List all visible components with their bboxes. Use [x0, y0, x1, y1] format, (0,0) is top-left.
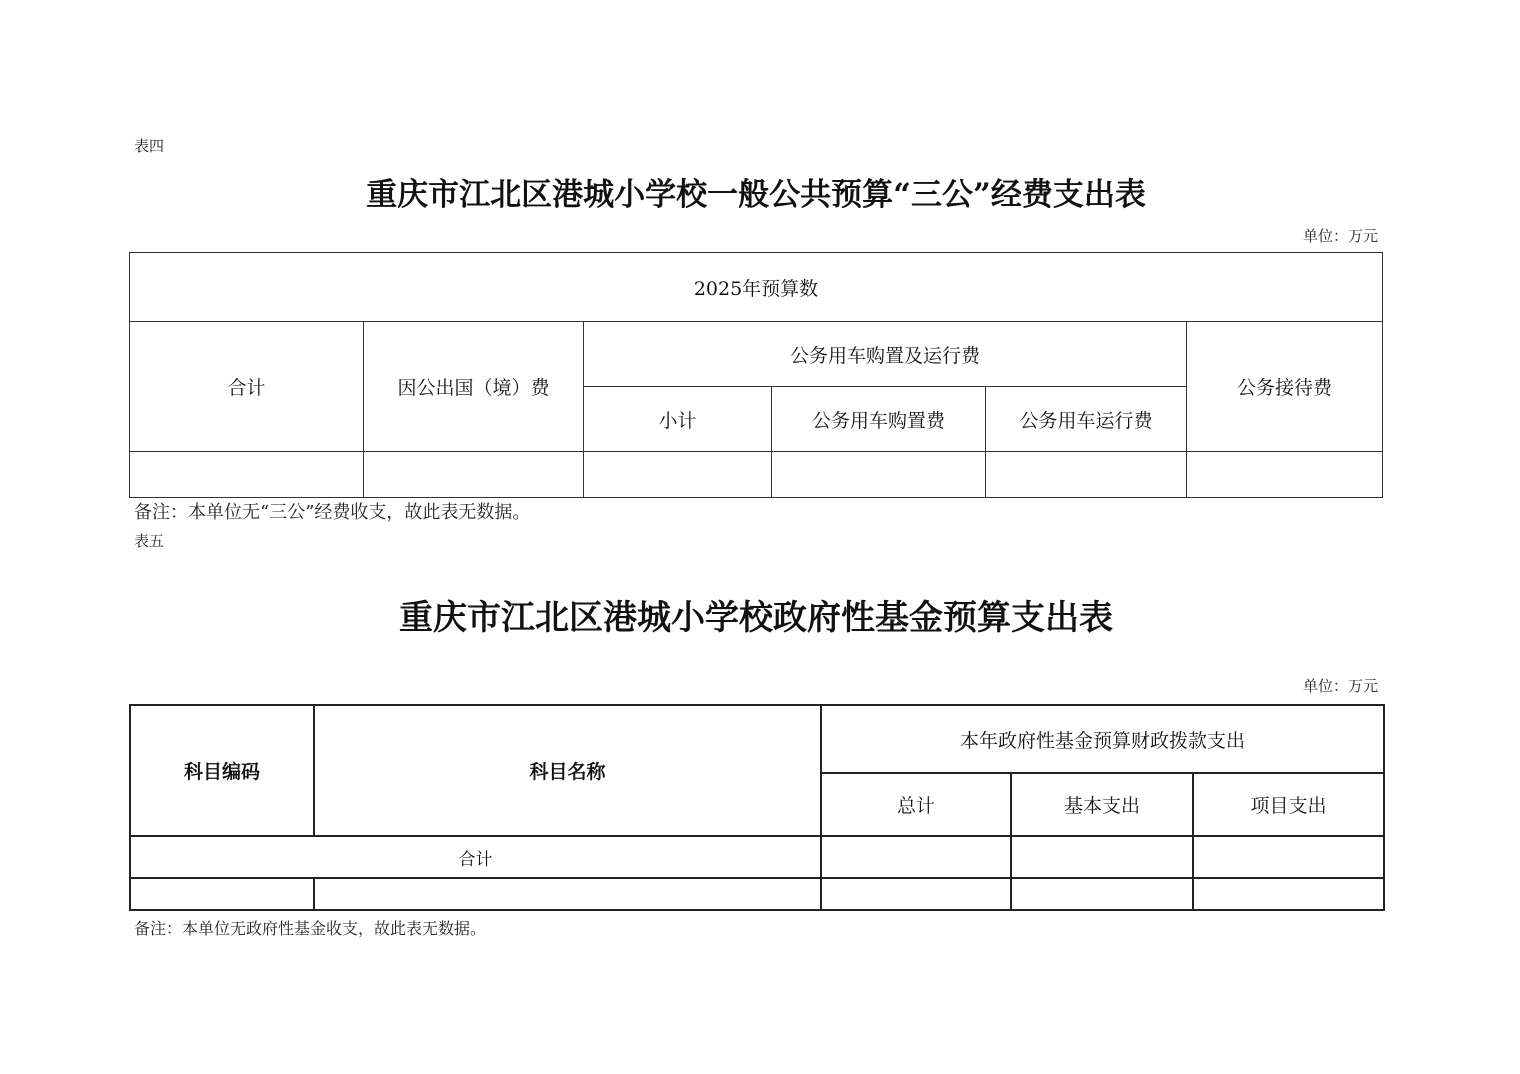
header-vehicle-purchase: 公务用车购置费: [772, 387, 986, 452]
header-basic-expense: 基本支出: [1011, 773, 1193, 836]
cell-vehicle-subtotal: [584, 452, 772, 498]
header-vehicle-operation: 公务用车运行费: [986, 387, 1187, 452]
header-fund-appropriation: 本年政府性基金预算财政拨款支出: [821, 705, 1384, 773]
total-row-basic: [1011, 836, 1193, 878]
table5-unit: 单位：万元: [1303, 675, 1378, 696]
table4-note: 备注：本单位无“三公”经费收支，故此表无数据。: [134, 498, 530, 524]
header-subject-name: 科目名称: [314, 705, 821, 836]
header-abroad-fee: 因公出国（境）费: [364, 322, 584, 452]
table5-government-fund-expenses: 科目编码 科目名称 本年政府性基金预算财政拨款支出 总计 基本支出 项目支出 合…: [129, 704, 1385, 911]
cell-subject-name: [314, 878, 821, 910]
table5-note: 备注：本单位无政府性基金收支，故此表无数据。: [134, 916, 486, 939]
total-row-project: [1193, 836, 1384, 878]
cell-reception: [1187, 452, 1383, 498]
cell-vehicle-operation: [986, 452, 1187, 498]
table4-label: 表四: [134, 135, 164, 156]
header-vehicle-subtotal: 小计: [584, 387, 772, 452]
header-grand-total: 总计: [821, 773, 1011, 836]
table5-label: 表五: [134, 530, 164, 551]
table5-title: 重庆市江北区港城小学校政府性基金预算支出表: [0, 590, 1512, 639]
table-row: [130, 878, 1384, 910]
cell-grand-total: [821, 878, 1011, 910]
header-2025-budget: 2025年预算数: [130, 253, 1383, 322]
cell-subject-code: [130, 878, 314, 910]
table-row: [130, 452, 1383, 498]
cell-abroad: [364, 452, 584, 498]
cell-project: [1193, 878, 1384, 910]
cell-vehicle-purchase: [772, 452, 986, 498]
total-row-label: 合计: [130, 836, 821, 878]
table4-three-public-expenses: 2025年预算数 合计 因公出国（境）费 公务用车购置及运行费 公务接待费 小计…: [129, 252, 1383, 498]
total-row-grand-total: [821, 836, 1011, 878]
total-row: 合计: [130, 836, 1384, 878]
table4-unit: 单位：万元: [1303, 225, 1378, 246]
header-total: 合计: [130, 322, 364, 452]
header-reception-fee: 公务接待费: [1187, 322, 1383, 452]
header-subject-code: 科目编码: [130, 705, 314, 836]
header-vehicle-group: 公务用车购置及运行费: [584, 322, 1187, 387]
cell-basic: [1011, 878, 1193, 910]
header-project-expense: 项目支出: [1193, 773, 1384, 836]
table4-title: 重庆市江北区港城小学校一般公共预算“三公”经费支出表: [0, 169, 1512, 214]
cell-total: [130, 452, 364, 498]
